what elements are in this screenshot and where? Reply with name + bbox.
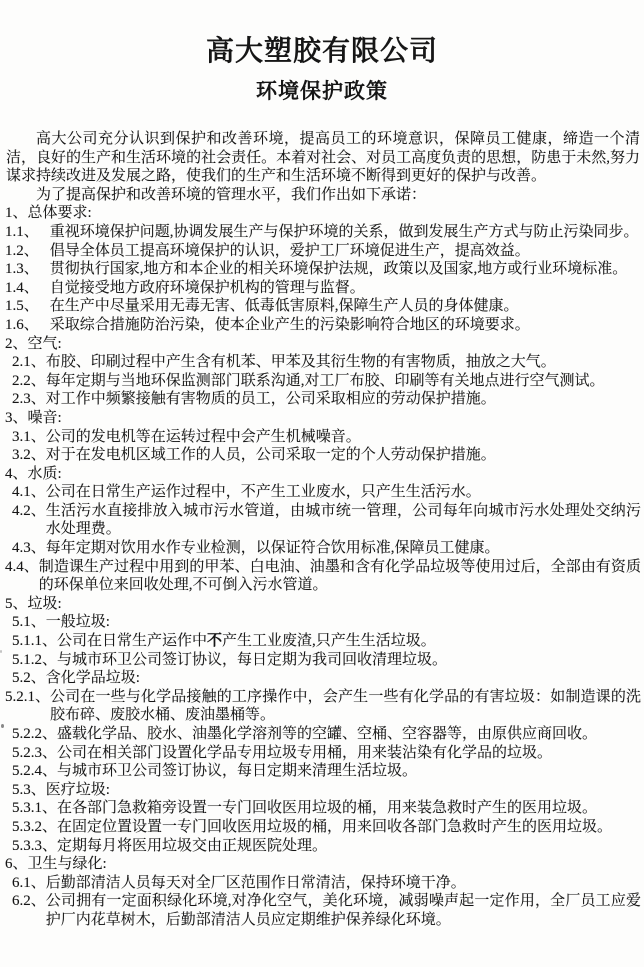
item-text: 水质: bbox=[28, 465, 641, 484]
item-text: 在各部门急救箱旁设置一专门回收医用垃圾的桶，用来装急救时产生的医用垃圾。 bbox=[57, 799, 641, 818]
item-text: 空气: bbox=[28, 335, 641, 354]
policy-item: 1.3、贯彻执行国家,地方和本企业的相关环境保护法规，政策以及国家,地方或行业环… bbox=[0, 260, 644, 279]
policy-item: 5.2.2、盛载化学品、胶水、油墨化学溶剂等的空罐、空桶、空容器等，由原供应商回… bbox=[0, 725, 644, 744]
item-text: 医疗垃圾: bbox=[46, 781, 641, 800]
intro-paragraph: 为了提高保护和改善环境的管理水平，我们作出如下承诺： bbox=[0, 186, 644, 205]
item-number: 1.1、 bbox=[5, 223, 39, 242]
policy-item: 3.2、对于在发电机区域工作的人员，公司采取一定的个人劳动保护措施。 bbox=[0, 446, 644, 465]
item-text: 噪音: bbox=[28, 409, 641, 428]
policy-item: 5.3.2、在固定位置设置一专门回收医用垃圾的桶，用来回收各部门急救时产生的医用… bbox=[0, 818, 644, 837]
policy-item: 6、卫生与绿化: bbox=[0, 855, 644, 874]
intro-paragraph: 高大公司充分认识到保护和改善环境，提高员工的环境意识，保障员工健康，缔造一个清洁… bbox=[0, 130, 644, 186]
item-text: 布胶、印刷过程中产生含有机苯、甲苯及其衍生物的有害物质，抽放之大气。 bbox=[46, 353, 641, 372]
item-text: 重视环境保护问题,协调发展生产与保护环境的关系，做到发展生产方式与防止污染同步。 bbox=[50, 223, 641, 242]
item-number: 5.2.3、 bbox=[12, 744, 57, 763]
item-text: 卫生与绿化: bbox=[28, 855, 641, 874]
item-number: 5.3.2、 bbox=[12, 818, 57, 837]
scanned-policy-document: 高大塑胶有限公司 环境保护政策 高大公司充分认识到保护和改善环境，提高员工的环境… bbox=[0, 0, 644, 967]
item-text: 公司拥有一定面积绿化环境,对净化空气，美化环境，减弱噪声起一定作用，全厂员工应爱… bbox=[46, 892, 641, 929]
policy-item: 5.3、医疗垃圾: bbox=[0, 781, 644, 800]
item-number: 2.3、 bbox=[12, 390, 46, 409]
item-number: 2、 bbox=[5, 335, 28, 354]
policy-item: 5.3.1、在各部门急救箱旁设置一专门回收医用垃圾的桶，用来装急救时产生的医用垃… bbox=[0, 799, 644, 818]
item-number: 4.4、 bbox=[5, 558, 39, 577]
intro-section: 高大公司充分认识到保护和改善环境，提高员工的环境意识，保障员工健康，缔造一个清洁… bbox=[0, 130, 644, 204]
item-number: 4.2、 bbox=[12, 502, 46, 521]
policy-item: 5.1.2、与城市环卫公司签订协议，每日定期为我司回收清理垃圾。 bbox=[0, 651, 644, 670]
item-text: 采取综合措施防治污染，使本企业产生的污染影响符合地区的环境要求。 bbox=[50, 316, 641, 335]
plain-text: 产生工业废渣,只产生生活垃圾。 bbox=[222, 633, 436, 649]
item-text: 与城市环卫公司签订协议，每日定期来清理生活垃圾。 bbox=[57, 762, 641, 781]
item-text: 定期每月将医用垃圾交由正规医院处理。 bbox=[57, 837, 641, 856]
policy-item: 6.1、后勤部清洁人员每天对全厂区范围作日常清洁，保持环境干净。 bbox=[0, 874, 644, 893]
item-number: 5、 bbox=[5, 595, 28, 614]
policy-item: 1.1、重视环境保护问题,协调发展生产与保护环境的关系，做到发展生产方式与防止污… bbox=[0, 223, 644, 242]
item-number: 5.1、 bbox=[12, 613, 46, 632]
item-text: 对于在发电机区域工作的人员，公司采取一定的个人劳动保护措施。 bbox=[46, 446, 641, 465]
item-number: 5.2.1、 bbox=[5, 688, 50, 707]
policy-item: 4.1、公司在日常生产运作过程中，不产生工业废水，只产生生活污水。 bbox=[0, 483, 644, 502]
policy-item: 4.3、每年定期对饮用水作专业检测，以保证符合饮用标准,保障员工健康。 bbox=[0, 539, 644, 558]
item-text: 生活污水直接排放入城市污水管道，由城市统一管理，公司每年向城市污水处理处交纳污水… bbox=[46, 502, 641, 539]
policy-item: 3、噪音: bbox=[0, 409, 644, 428]
item-text: 公司在日常生产运作中不产生工业废渣,只产生生活垃圾。 bbox=[57, 632, 641, 651]
policy-item: 4.4、制造课生产过程中用到的甲苯、白电油、油墨和含有化学品垃圾等使用过后，全部… bbox=[0, 558, 644, 595]
policy-item: 5.2.4、与城市环卫公司签订协议，每日定期来清理生活垃圾。 bbox=[0, 762, 644, 781]
policy-item: 1、总体要求: bbox=[0, 204, 644, 223]
policy-item: 1.2、倡导全体员工提高环境保护的认识，爱护工厂环境促进生产，提高效益。 bbox=[0, 242, 644, 261]
item-text: 公司的发电机等在运转过程中会产生机械噪音。 bbox=[46, 428, 641, 447]
scan-speck bbox=[1, 724, 4, 728]
policy-item: 5.2.1、公司在一些与化学品接触的工序操作中，会产生一些有化学品的有害垃圾：如… bbox=[0, 688, 644, 725]
item-number: 1.4、 bbox=[5, 279, 39, 298]
item-number: 5.1.1、 bbox=[12, 632, 57, 651]
policy-item: 5、垃圾: bbox=[0, 595, 644, 614]
item-number: 1.5、 bbox=[5, 297, 39, 316]
policy-item: 1.6、采取综合措施防治污染，使本企业产生的污染影响符合地区的环境要求。 bbox=[0, 316, 644, 335]
item-number: 6.2、 bbox=[12, 892, 46, 911]
policy-item: 5.2.3、公司在相关部门设置化学品专用垃圾专用桶，用来装沾染有化学品的垃圾。 bbox=[0, 744, 644, 763]
item-text: 倡导全体员工提高环境保护的认识，爱护工厂环境促进生产，提高效益。 bbox=[50, 242, 641, 261]
item-number: 3、 bbox=[5, 409, 28, 428]
item-text: 在固定位置设置一专门回收医用垃圾的桶，用来回收各部门急救时产生的医用垃圾。 bbox=[57, 818, 641, 837]
item-number: 3.2、 bbox=[12, 446, 46, 465]
item-number: 1.6、 bbox=[5, 316, 39, 335]
policy-item: 2.3、对工作中频繁接触有害物质的员工，公司采取相应的劳动保护措施。 bbox=[0, 390, 644, 409]
item-number: 6、 bbox=[5, 855, 28, 874]
item-text: 垃圾: bbox=[28, 595, 641, 614]
item-number: 5.3.3、 bbox=[12, 837, 57, 856]
item-number: 5.2.2、 bbox=[12, 725, 57, 744]
item-text: 总体要求: bbox=[28, 204, 641, 223]
item-text: 自觉接受地方政府环境保护机构的管理与监督。 bbox=[50, 279, 641, 298]
item-text: 含化学品垃圾: bbox=[46, 669, 641, 688]
policy-item: 4、水质: bbox=[0, 465, 644, 484]
policy-item: 1.5、在生产中尽量采用无毒无害、低毒低害原料,保障生产人员的身体健康。 bbox=[0, 297, 644, 316]
item-text: 后勤部清洁人员每天对全厂区范围作日常清洁，保持环境干净。 bbox=[46, 874, 641, 893]
policy-item: 5.2、含化学品垃圾: bbox=[0, 669, 644, 688]
item-number: 5.3.1、 bbox=[12, 799, 57, 818]
item-text: 公司在相关部门设置化学品专用垃圾专用桶，用来装沾染有化学品的垃圾。 bbox=[57, 744, 641, 763]
page-title: 高大塑胶有限公司 bbox=[0, 34, 644, 70]
plain-text: 公司在日常生产运作中 bbox=[57, 633, 207, 649]
item-text: 每年定期对饮用水作专业检测，以保证符合饮用标准,保障员工健康。 bbox=[46, 539, 641, 558]
item-number: 5.2、 bbox=[12, 669, 46, 688]
item-number: 4.1、 bbox=[12, 483, 46, 502]
item-number: 5.1.2、 bbox=[12, 651, 57, 670]
item-text: 一般垃圾: bbox=[46, 613, 641, 632]
page-subtitle: 环境保护政策 bbox=[0, 76, 644, 106]
item-text: 盛载化学品、胶水、油墨化学溶剂等的空罐、空桶、空容器等，由原供应商回收。 bbox=[57, 725, 641, 744]
policy-item: 5.1、一般垃圾: bbox=[0, 613, 644, 632]
policy-item: 4.2、生活污水直接排放入城市污水管道，由城市统一管理，公司每年向城市污水处理处… bbox=[0, 502, 644, 539]
policy-item: 3.1、公司的发电机等在运转过程中会产生机械噪音。 bbox=[0, 428, 644, 447]
document-body: 高大公司充分认识到保护和改善环境，提高员工的环境意识，保障员工健康，缔造一个清洁… bbox=[0, 130, 644, 930]
item-number: 2.2、 bbox=[12, 372, 46, 391]
item-number: 2.1、 bbox=[12, 353, 46, 372]
policy-item: 2.2、每年定期与当地环保监测部门联系沟通,对工厂布胶、印刷等有关地点进行空气测… bbox=[0, 372, 644, 391]
emphasized-text: 不 bbox=[207, 633, 222, 649]
item-text: 在生产中尽量采用无毒无害、低毒低害原料,保障生产人员的身体健康。 bbox=[50, 297, 641, 316]
item-text: 与城市环卫公司签订协议，每日定期为我司回收清理垃圾。 bbox=[57, 651, 641, 670]
item-number: 5.2.4、 bbox=[12, 762, 57, 781]
item-number: 5.3、 bbox=[12, 781, 46, 800]
item-number: 3.1、 bbox=[12, 428, 46, 447]
policy-item: 2.1、布胶、印刷过程中产生含有机苯、甲苯及其衍生物的有害物质，抽放之大气。 bbox=[0, 353, 644, 372]
item-number: 1.2、 bbox=[5, 242, 39, 261]
policy-items-list: 1、总体要求:1.1、重视环境保护问题,协调发展生产与保护环境的关系，做到发展生… bbox=[0, 204, 644, 929]
item-number: 1、 bbox=[5, 204, 28, 223]
item-number: 6.1、 bbox=[12, 874, 46, 893]
item-text: 公司在一些与化学品接触的工序操作中，会产生一些有化学品的有害垃圾：如制造课的洗胶… bbox=[50, 688, 641, 725]
item-number: 4.3、 bbox=[12, 539, 46, 558]
item-text: 贯彻执行国家,地方和本企业的相关环境保护法规，政策以及国家,地方或行业环境标准。 bbox=[50, 260, 641, 279]
item-number: 1.3、 bbox=[5, 260, 39, 279]
scan-speck bbox=[0, 650, 2, 653]
item-number: 4、 bbox=[5, 465, 28, 484]
item-text: 公司在日常生产运作过程中，不产生工业废水，只产生生活污水。 bbox=[46, 483, 641, 502]
item-text: 制造课生产过程中用到的甲苯、白电油、油墨和含有化学品垃圾等使用过后，全部由有资质… bbox=[39, 558, 641, 595]
policy-item: 1.4、自觉接受地方政府环境保护机构的管理与监督。 bbox=[0, 279, 644, 298]
policy-item: 5.1.1、公司在日常生产运作中不产生工业废渣,只产生生活垃圾。 bbox=[0, 632, 644, 651]
policy-item: 5.3.3、定期每月将医用垃圾交由正规医院处理。 bbox=[0, 837, 644, 856]
policy-item: 6.2、公司拥有一定面积绿化环境,对净化空气，美化环境，减弱噪声起一定作用，全厂… bbox=[0, 892, 644, 929]
item-text: 对工作中频繁接触有害物质的员工，公司采取相应的劳动保护措施。 bbox=[46, 390, 641, 409]
item-text: 每年定期与当地环保监测部门联系沟通,对工厂布胶、印刷等有关地点进行空气测试。 bbox=[46, 372, 641, 391]
policy-item: 2、空气: bbox=[0, 335, 644, 354]
